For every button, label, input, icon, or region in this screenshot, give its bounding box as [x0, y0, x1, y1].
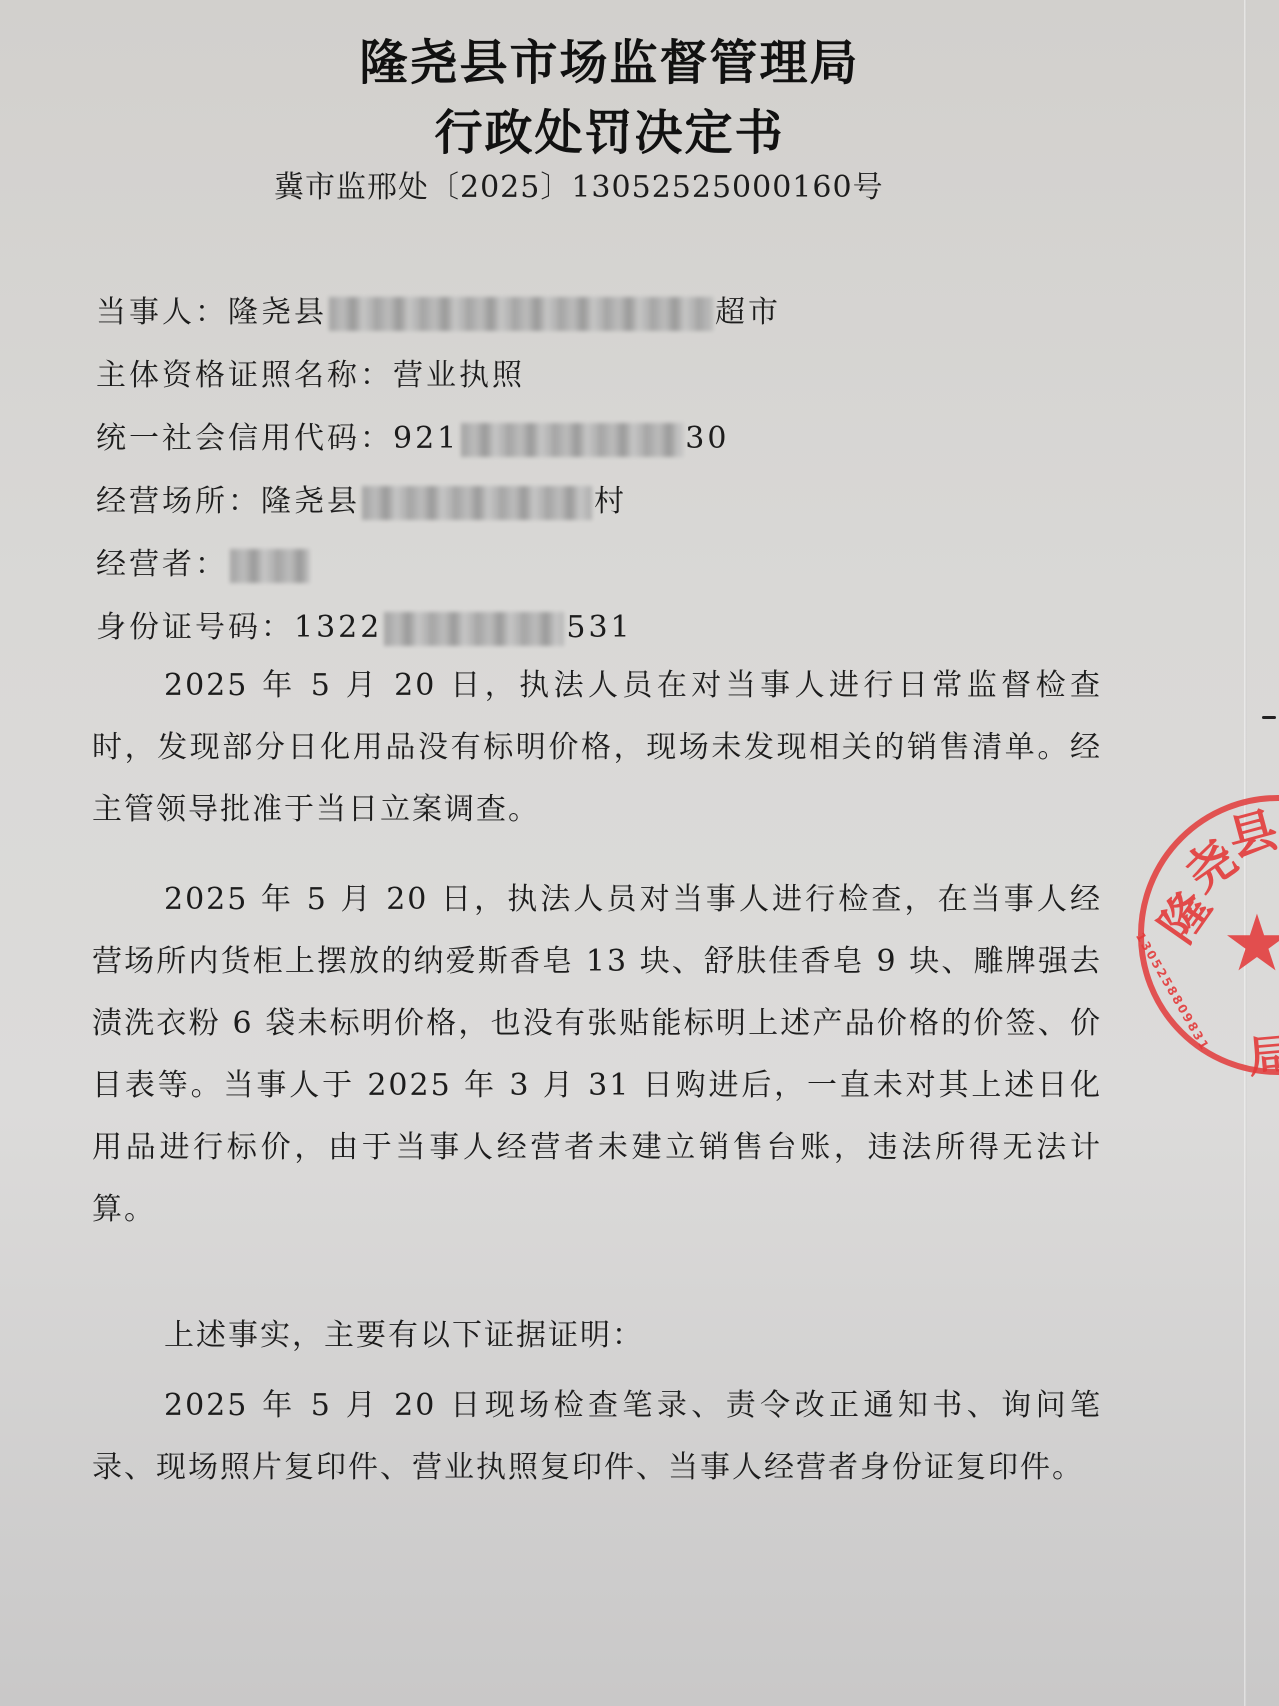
paragraph-text: 2025 年 5 月 20 日，执法人员在对当事人进行日常监督检查时，发现部分日… — [92, 668, 1102, 827]
field-label: 身份证号码： — [96, 610, 294, 645]
paragraph-text: 2025 年 5 月 20 日现场检查笔录、责令改正通知书、询问笔录、现场照片复… — [92, 1388, 1102, 1485]
field-party: 当事人：隆尧县超市 — [96, 287, 781, 331]
field-value-prefix: 隆尧县 — [261, 484, 360, 519]
field-value-suffix: 村 — [594, 484, 627, 519]
field-label: 经营者： — [96, 547, 228, 582]
paragraph-findings: 2025 年 5 月 20 日，执法人员对当事人进行检查，在当事人经营场所内货柜… — [92, 869, 1102, 1241]
document-number: 冀市监邢处〔2025〕13052525000160号 — [274, 162, 884, 206]
field-label: 当事人： — [96, 295, 228, 330]
edge-mark — [1262, 716, 1276, 719]
field-label: 统一社会信用代码： — [96, 421, 393, 456]
paragraph-evidence-intro: 上述事实，主要有以下证据证明： — [92, 1305, 1102, 1367]
field-business-premises: 经营场所：隆尧县村 — [96, 476, 627, 520]
redacted-block — [230, 549, 310, 583]
document-title: 行政处罚决定书 — [0, 94, 1249, 163]
field-value-prefix: 隆尧县 — [228, 295, 327, 330]
paragraph-text: 2025 年 5 月 20 日，执法人员对当事人进行检查，在当事人经营场所内货柜… — [92, 882, 1102, 1227]
field-value-suffix: 531 — [566, 610, 632, 645]
paragraph-evidence-list: 2025 年 5 月 20 日现场检查笔录、责令改正通知书、询问笔录、现场照片复… — [92, 1375, 1102, 1499]
redacted-block — [461, 423, 683, 457]
field-id-number: 身份证号码：1322531 — [96, 602, 633, 646]
field-license-name: 主体资格证照名称：营业执照 — [96, 350, 525, 394]
document-page: 隆尧县市场监督管理局 行政处罚决定书 冀市监邢处〔2025〕1305252500… — [0, 0, 1279, 1706]
redacted-block — [384, 612, 564, 646]
field-value: 营业执照 — [393, 358, 525, 393]
field-value-suffix: 30 — [685, 421, 729, 456]
field-credit-code: 统一社会信用代码：92130 — [96, 413, 729, 457]
seal-star-icon: ★ — [1222, 905, 1279, 983]
paragraph-inspection: 2025 年 5 月 20 日，执法人员在对当事人进行日常监督检查时，发现部分日… — [92, 655, 1102, 841]
field-label: 主体资格证照名称： — [96, 358, 393, 393]
field-value-prefix: 921 — [393, 421, 459, 456]
redacted-block — [329, 297, 713, 331]
agency-title: 隆尧县市场监督管理局 — [0, 24, 1249, 93]
field-value-prefix: 1322 — [294, 610, 382, 645]
seal-char-partial: 局 — [1245, 1018, 1279, 1086]
field-label: 经营场所： — [96, 484, 261, 519]
redacted-block — [362, 486, 592, 520]
paragraph-text: 上述事实，主要有以下证据证明： — [164, 1318, 644, 1353]
field-value-suffix: 超市 — [715, 295, 781, 330]
field-operator: 经营者： — [96, 539, 312, 583]
